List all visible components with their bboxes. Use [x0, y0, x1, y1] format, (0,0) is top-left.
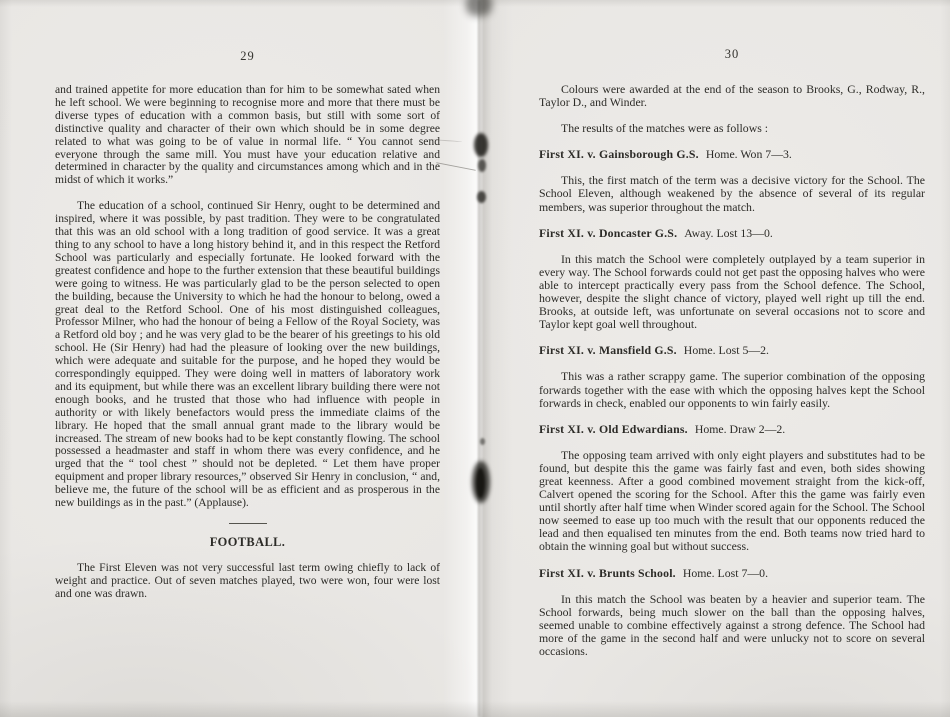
- match-result: Home. Won 7—3.: [706, 147, 792, 161]
- page-right: 30 Colours were awarded at the end of th…: [475, 0, 950, 717]
- match-entry: First XI. v. Gainsborough G.S.Home. Won …: [539, 148, 925, 213]
- match-heading: First XI. v. Doncaster G.S.Away. Lost 13…: [539, 227, 925, 240]
- page-number: 30: [539, 47, 925, 62]
- match-result: Home. Lost 7—0.: [683, 566, 768, 580]
- match-heading: First XI. v. Brunts School.Home. Lost 7—…: [539, 567, 925, 580]
- match-body: In this match the School was beaten by a…: [539, 593, 925, 658]
- match-result: Away. Lost 13—0.: [684, 226, 773, 240]
- section-divider: [229, 523, 267, 524]
- section-heading: FOOTBALL.: [55, 536, 440, 549]
- match-title: First XI. v. Mansfield G.S.: [539, 343, 677, 357]
- match-title: First XI. v. Doncaster G.S.: [539, 226, 677, 240]
- page-left-text: and trained appetite for more education …: [55, 84, 440, 601]
- match-entry: First XI. v. Mansfield G.S.Home. Lost 5—…: [539, 344, 925, 409]
- page-left: 29 and trained appetite for more educati…: [0, 0, 475, 717]
- match-heading: First XI. v. Gainsborough G.S.Home. Won …: [539, 148, 925, 161]
- paragraph: The First Eleven was not very successful…: [55, 562, 440, 601]
- match-heading: First XI. v. Mansfield G.S.Home. Lost 5—…: [539, 344, 925, 357]
- paragraph: Colours were awarded at the end of the s…: [539, 83, 925, 109]
- paragraph: The education of a school, continued Sir…: [55, 200, 440, 510]
- match-entry: First XI. v. Doncaster G.S.Away. Lost 13…: [539, 227, 925, 332]
- match-result: Home. Lost 5—2.: [684, 343, 769, 357]
- match-result: Home. Draw 2—2.: [695, 422, 785, 436]
- match-body: This, the first match of the term was a …: [539, 174, 925, 213]
- match-entry: First XI. v. Brunts School.Home. Lost 7—…: [539, 567, 925, 659]
- match-heading: First XI. v. Old Edwardians.Home. Draw 2…: [539, 423, 925, 436]
- match-title: First XI. v. Old Edwardians.: [539, 422, 688, 436]
- book-scan-spread: 29 and trained appetite for more educati…: [0, 0, 950, 717]
- page-number: 29: [55, 49, 440, 64]
- match-title: First XI. v. Brunts School.: [539, 566, 676, 580]
- page-right-text: Colours were awarded at the end of the s…: [539, 83, 925, 658]
- paragraph: The results of the matches were as follo…: [539, 122, 925, 135]
- match-entry: First XI. v. Old Edwardians.Home. Draw 2…: [539, 423, 925, 554]
- match-title: First XI. v. Gainsborough G.S.: [539, 147, 699, 161]
- match-body: The opposing team arrived with only eigh…: [539, 449, 925, 554]
- match-body: In this match the School were completely…: [539, 253, 925, 332]
- match-body: This was a rather scrappy game. The supe…: [539, 370, 925, 409]
- paragraph: and trained appetite for more education …: [55, 84, 440, 187]
